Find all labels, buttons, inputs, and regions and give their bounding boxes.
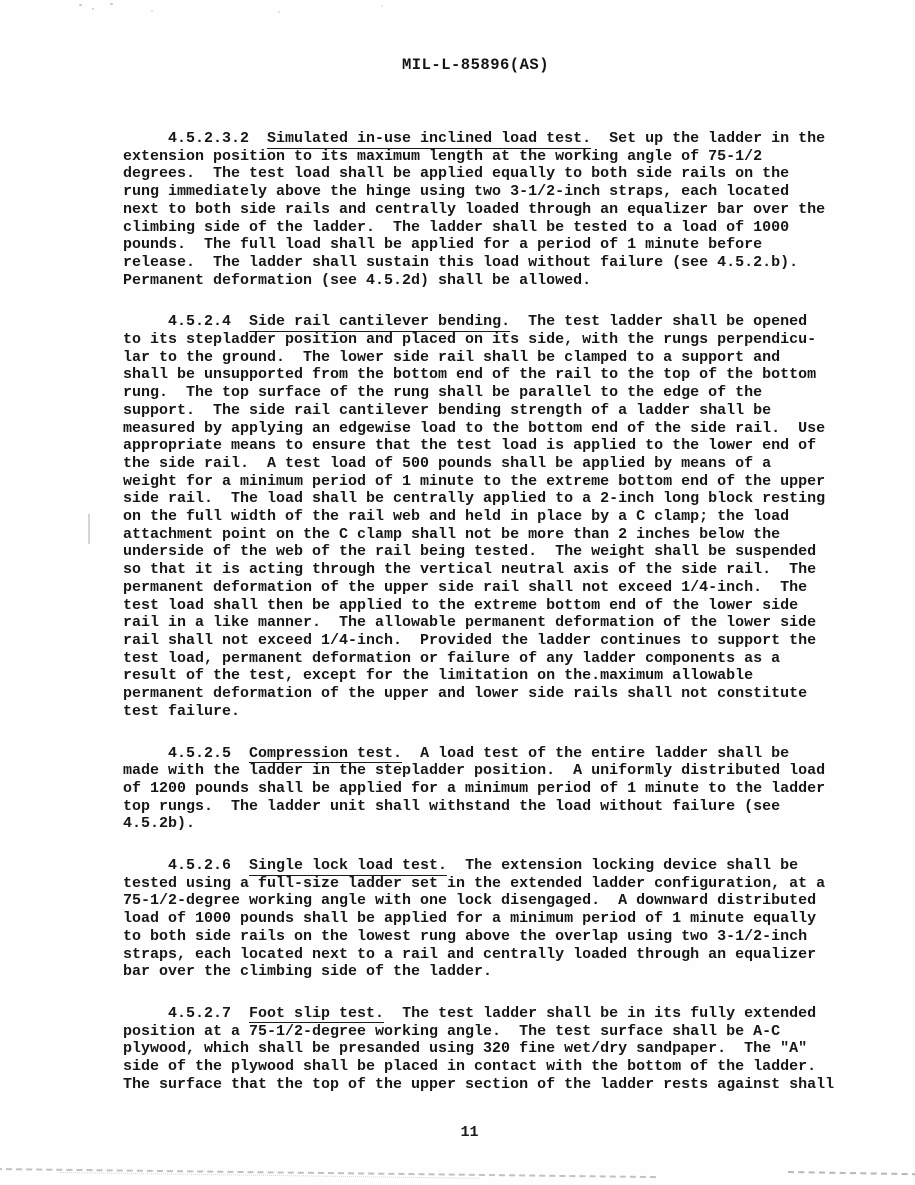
paragraph-title-underlined: Single lock load test. [249,857,447,876]
scan-speckle [381,5,383,7]
scan-speckle [92,8,94,10]
paragraph-title-underlined: Compression test. [249,745,402,764]
paragraph-first-line-rest: The test ladder shall be in its fully ex… [384,1005,816,1022]
scan-speckle [110,3,113,5]
paragraph-title-underlined: Simulated in-use inclined load test. [267,130,591,149]
scan-speckle [79,4,82,6]
spec-paragraph-4-5-2-5: 4.5.2.5 Compression test. A load test of… [123,745,863,834]
paragraph-title-underlined: Side rail cantilever bending. [249,313,510,332]
paragraph-heading-line: 4.5.2.5 Compression test. A load test of… [123,745,863,763]
paragraph-body-text: to its stepladder position and placed on… [123,331,863,720]
paragraph-first-line-rest: Set up the ladder in the [591,130,825,147]
spec-paragraph-4-5-2-6: 4.5.2.6 Single lock load test. The exten… [123,857,863,981]
paragraph-number: 4.5.2.5 [123,745,249,762]
paragraph-body-text: position at a 75-1/2-degree working angl… [123,1023,863,1094]
paragraph-first-line-rest: A load test of the entire ladder shall b… [402,745,789,762]
paragraph-number: 4.5.2.6 [123,857,249,874]
paragraph-heading-line: 4.5.2.6 Single lock load test. The exten… [123,857,863,875]
paragraph-body-text: tested using a full-size ladder set in t… [123,875,863,981]
spec-paragraph-4-5-2-4: 4.5.2.4 Side rail cantilever bending. Th… [123,313,863,720]
paragraph-number: 4.5.2.3.2 [123,130,267,147]
paragraph-heading-line: 4.5.2.7 Foot slip test. The test ladder … [123,1005,863,1023]
scan-speckle [151,10,153,12]
paragraph-first-line-rest: The extension locking device shall be [447,857,798,874]
spec-paragraph-4-5-2-7: 4.5.2.7 Foot slip test. The test ladder … [123,1005,863,1094]
document-body: 4.5.2.3.2 Simulated in-use inclined load… [123,130,863,1117]
page-number: 11 [0,1124,915,1141]
paragraph-title-underlined: Foot slip test. [249,1005,384,1024]
document-number-header: MIL-L-85896(AS) [0,56,915,74]
scan-bottom-dashed-line-right [788,1171,915,1175]
paragraph-heading-line: 4.5.2.3.2 Simulated in-use inclined load… [123,130,863,148]
paragraph-first-line-rest: The test ladder shall be opened [510,313,807,330]
paragraph-number: 4.5.2.7 [123,1005,249,1022]
paragraph-heading-line: 4.5.2.4 Side rail cantilever bending. Th… [123,313,863,331]
scan-margin-artifact [88,514,90,544]
paragraph-body-text: extension position to its maximum length… [123,148,863,290]
scan-speckle [278,11,280,13]
scanned-document-page: MIL-L-85896(AS) 4.5.2.3.2 Simulated in-u… [0,0,915,1185]
paragraph-body-text: made with the ladder in the stepladder p… [123,762,863,833]
paragraph-number: 4.5.2.4 [123,313,249,330]
spec-paragraph-4-5-2-3-2: 4.5.2.3.2 Simulated in-use inclined load… [123,130,863,289]
